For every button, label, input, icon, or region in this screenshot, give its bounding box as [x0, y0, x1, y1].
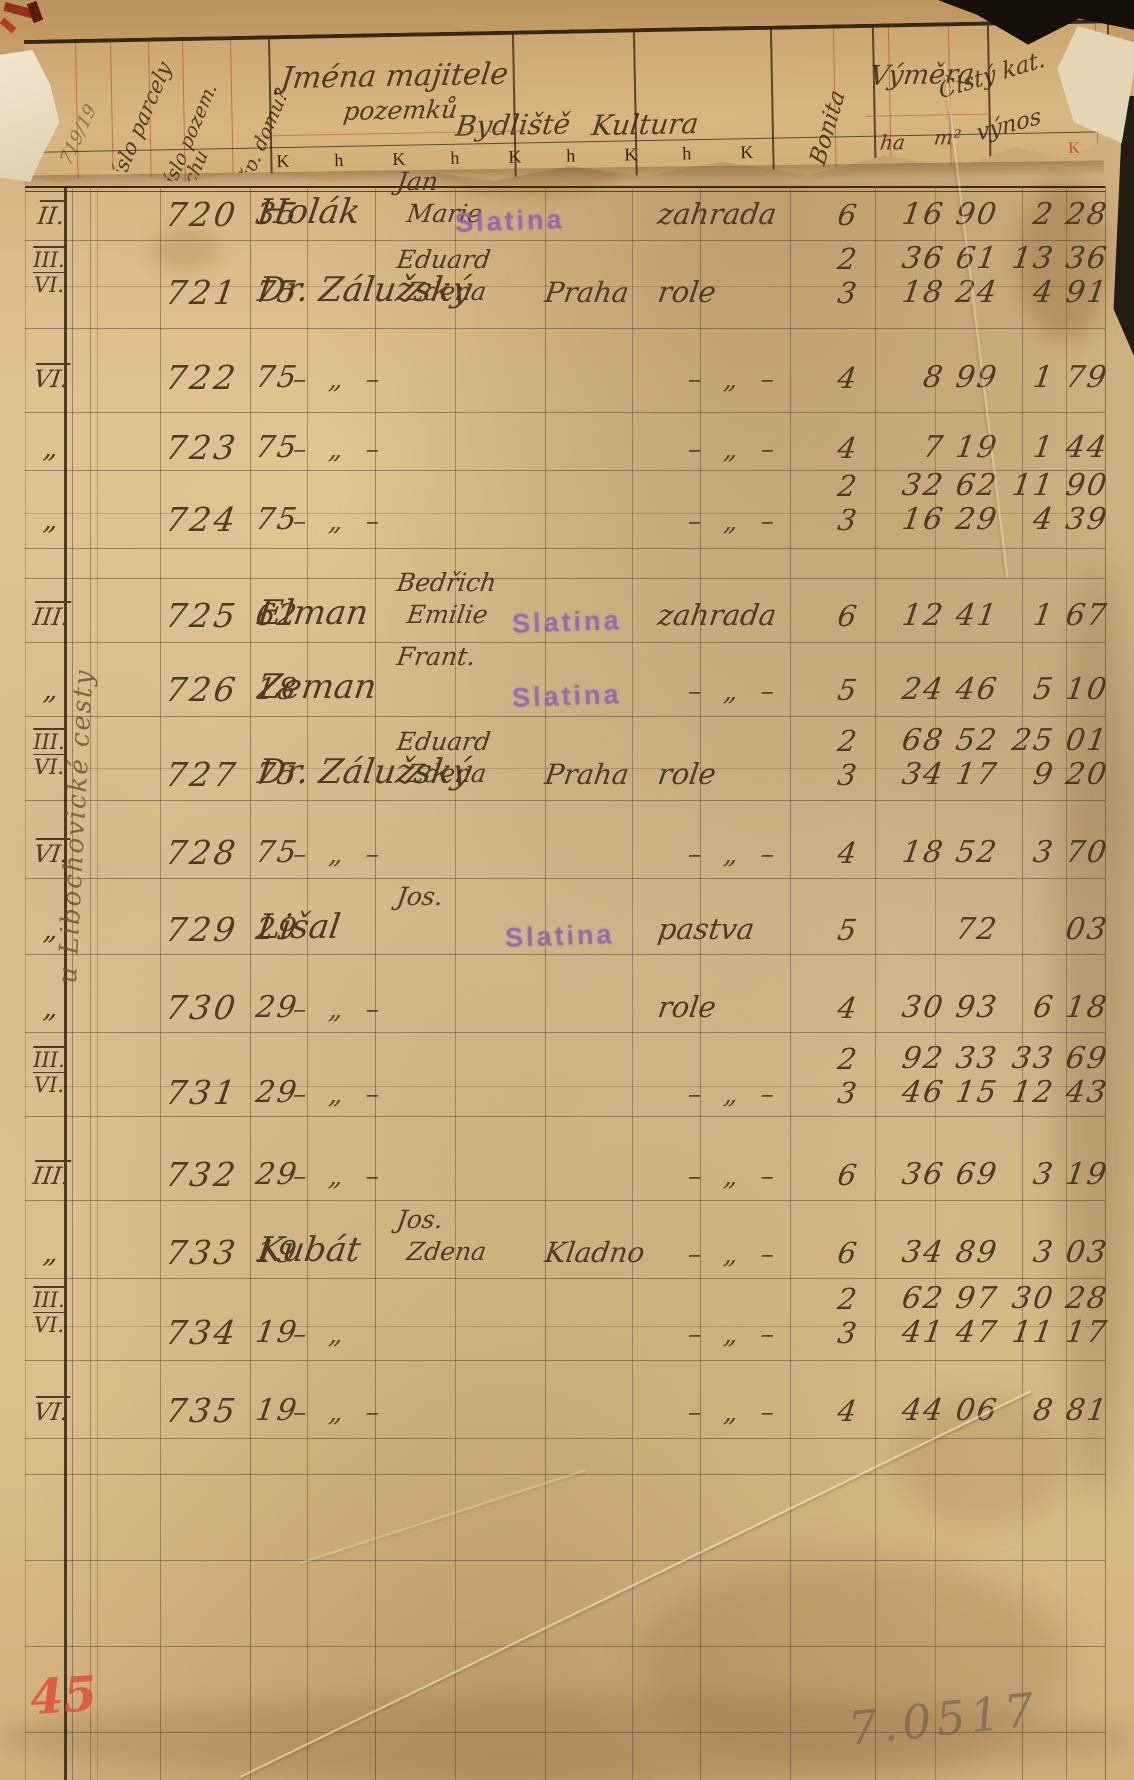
column-header-yield-currency: K [1068, 140, 1080, 158]
table-top-rule [25, 191, 1105, 192]
column-header-bonita: Bonita [808, 87, 849, 168]
yield-value: 13 36 [990, 245, 1110, 274]
bonita: 2 [820, 1286, 874, 1314]
area-value: 16 29 [878, 506, 1000, 535]
bonita: 5 [820, 917, 874, 945]
grid-vline [1105, 186, 1106, 1780]
yield-value: 11 17 [990, 1319, 1110, 1348]
bonita: 4 [820, 995, 874, 1023]
owner-first-name: Frant. [395, 645, 477, 669]
owner-name: Zeman [256, 671, 379, 703]
culture: role [656, 761, 718, 789]
parcel-number: 734 [156, 1317, 248, 1348]
bonita: 2 [820, 246, 874, 274]
bonita: 4 [820, 435, 874, 463]
owner-ditto: – „ – [291, 509, 388, 535]
culture-ditto: – „ – [686, 367, 783, 393]
parcel-number: 731 [156, 1077, 248, 1108]
bonita: 6 [820, 603, 874, 631]
column-header-owner-names: Jména majitele [279, 61, 510, 94]
grid-vline [160, 186, 161, 1780]
area-value: 36 61 [878, 245, 1000, 274]
area-value: 41 47 [878, 1319, 1000, 1348]
area-value: 7 19 [878, 434, 1000, 463]
margin-mark: III.VI. [22, 248, 76, 297]
parcel-number: 722 [156, 362, 248, 393]
owner-first-name-2: Emilie [405, 603, 489, 627]
grid-hline [25, 716, 1105, 717]
owner-ditto: – „ – [291, 367, 388, 393]
subheader-letter: K [740, 142, 753, 163]
owner-ditto: – „ – [291, 1164, 388, 1190]
grid-hline [25, 1278, 1105, 1279]
owner-name: Kubát [256, 1234, 363, 1266]
area-value: 36 69 [878, 1161, 1000, 1190]
owner-first-name-2: Zdena [405, 280, 488, 304]
grid-hline [25, 642, 1105, 643]
yield-value: 25 01 [990, 727, 1110, 756]
culture: zahrada [656, 201, 778, 229]
owner-first-name: Eduard [395, 248, 492, 272]
parcel-number: 735 [156, 1395, 248, 1426]
grid-hline [25, 878, 1105, 879]
yield-value: 03 [990, 916, 1110, 945]
owner-ditto: – „ – [291, 1082, 388, 1108]
owner-first-name: Jos. [395, 885, 444, 909]
grid-hline [25, 1360, 1105, 1361]
bonita: 3 [820, 1320, 874, 1348]
bonita: 4 [820, 840, 874, 868]
culture: role [656, 279, 718, 307]
bonita: 2 [820, 473, 874, 501]
grid-vline [375, 186, 376, 1780]
header-column-rule [987, 25, 992, 171]
area-value: 92 33 [878, 1045, 1000, 1074]
grid-vline [455, 186, 456, 1780]
yield-value: 1 79 [990, 364, 1110, 393]
parcel-number: 726 [156, 674, 248, 705]
grid-vline [790, 186, 791, 1780]
page-number: 45 [28, 1666, 99, 1727]
parcel-number: 729 [156, 914, 248, 945]
margin-mark: III. [22, 606, 79, 629]
grid-vline [250, 186, 251, 1780]
area-value: 24 46 [878, 676, 1000, 705]
subheader-letter: K [624, 144, 637, 165]
area-value: 16 90 [878, 201, 1000, 230]
area-value: 32 62 [878, 472, 1000, 501]
slatina-stamp: Slatina [454, 204, 565, 239]
owner-first-name: Eduard [395, 730, 492, 754]
area-value: 8 99 [878, 364, 1000, 393]
grid-vline [545, 186, 546, 1780]
owner-first-name-2: Zdena [405, 762, 488, 786]
margin-mark: VI. [22, 368, 79, 391]
fold-crease [300, 1469, 586, 1564]
area-value: 34 89 [878, 1239, 1000, 1268]
yield-value: 33 69 [990, 1045, 1110, 1074]
header-column-rule [770, 30, 775, 176]
parcel-number: 720 [156, 199, 248, 230]
yield-value: 12 43 [990, 1079, 1110, 1108]
subheader-letter: h [682, 143, 691, 164]
yield-value: 4 91 [990, 279, 1110, 308]
table-top-rule [25, 186, 1105, 188]
margin-mark: VI. [22, 1401, 79, 1424]
yield-value: 30 28 [990, 1285, 1110, 1314]
grid-vline [700, 186, 701, 1780]
column-header-owner-names-2: pozemků [342, 98, 459, 124]
area-value: 72 [878, 916, 1000, 945]
column-header-area-m2: m² [933, 128, 962, 148]
parcel-number: 725 [156, 600, 248, 631]
grid-vline [1022, 186, 1023, 1780]
header-scribble: 719/19 [58, 101, 99, 168]
margin-mark: III.VI. [22, 1288, 76, 1337]
owner-first-name: Jos. [395, 1208, 444, 1232]
slatina-stamp: Slatina [511, 605, 622, 640]
parcel-number: 727 [156, 759, 248, 790]
residence: Kladno [543, 1240, 646, 1267]
culture: role [656, 994, 718, 1022]
grid-hline [25, 954, 1105, 955]
subheader-letter: K [276, 151, 289, 172]
grid-vline [935, 186, 936, 1780]
grid-hline [25, 548, 1105, 549]
header-column-rule [872, 28, 877, 174]
grid-hline [25, 412, 1105, 413]
bonita: 3 [820, 1080, 874, 1108]
bonita: 6 [820, 1240, 874, 1268]
column-header-net-yield: Čistý kat. [938, 49, 1047, 103]
owner-first-name: Bedřich [395, 571, 498, 595]
owner-name: Lišal [256, 911, 343, 943]
yield-value: 6 18 [990, 994, 1110, 1023]
slatina-stamp: Slatina [511, 679, 622, 714]
owner-first-name: Jan [395, 170, 439, 194]
grid-hline [25, 578, 1105, 579]
culture-ditto: – „ – [686, 1164, 783, 1190]
grid-hline [25, 1032, 1105, 1033]
grid-hline [25, 1116, 1105, 1117]
bonita: 4 [820, 365, 874, 393]
culture-ditto: – „ – [686, 1242, 783, 1268]
grid-hline [25, 1560, 1105, 1561]
grid-hline [25, 1646, 1105, 1647]
margin-mark: III. [22, 1165, 79, 1188]
area-value: 18 24 [878, 279, 1000, 308]
parcel-number: 730 [156, 992, 248, 1023]
area-value: 62 97 [878, 1285, 1000, 1314]
subheader-letter: h [334, 150, 343, 171]
grid-vline [97, 186, 98, 1780]
area-value: 68 52 [878, 727, 1000, 756]
residence: Praha [543, 762, 630, 789]
bonita: 2 [820, 728, 874, 756]
owner-first-name-2: Zdena [405, 1240, 488, 1264]
grid-vline [25, 186, 26, 1780]
area-value: 30 93 [878, 994, 1000, 1023]
subheader-letter: K [508, 146, 521, 167]
yield-value: 9 20 [990, 761, 1110, 790]
parcel-number: 721 [156, 277, 248, 308]
grid-vline [307, 186, 308, 1780]
area-value: 44 06 [878, 1397, 1000, 1426]
yield-value: 3 19 [990, 1161, 1110, 1190]
margin-mark: „ [22, 995, 80, 1022]
slatina-stamp: Slatina [504, 919, 615, 954]
grid-hline [25, 1474, 1105, 1475]
bonita: 6 [820, 202, 874, 230]
owner-name: Elman [256, 597, 371, 629]
owner-ditto: – „ – [291, 842, 388, 868]
grid-vline [632, 186, 633, 1780]
grid-vline [1066, 186, 1067, 1780]
grid-vline [875, 186, 876, 1780]
yield-value: 3 70 [990, 839, 1110, 868]
culture-ditto: – „ – [686, 1322, 783, 1348]
parcel-number: 724 [156, 504, 248, 535]
culture-ditto: – „ – [686, 679, 783, 705]
header-column-rule [230, 40, 234, 186]
owner-name: Holák [256, 196, 362, 228]
grid-hline [25, 328, 1105, 329]
yield-value: 1 67 [990, 602, 1110, 631]
margin-mark: „ [22, 1240, 80, 1267]
subheader-letter: h [450, 148, 459, 169]
area-value: 12 41 [878, 602, 1000, 631]
grid-hline [25, 1438, 1105, 1439]
culture-ditto: – „ – [686, 1400, 783, 1426]
margin-mark: III.VI. [22, 1048, 76, 1097]
yield-value: 1 44 [990, 434, 1110, 463]
parcel-number: 733 [156, 1237, 248, 1268]
parcel-number: 732 [156, 1159, 248, 1190]
yield-value: 11 90 [990, 472, 1110, 501]
yield-value: 4 39 [990, 506, 1110, 535]
yield-value: 8 81 [990, 1397, 1110, 1426]
owner-ditto: – „ – [291, 437, 388, 463]
bonita: 6 [820, 1162, 874, 1190]
yield-value: 2 28 [990, 201, 1110, 230]
bonita: 3 [820, 762, 874, 790]
culture: pastva [656, 916, 756, 944]
culture-ditto: – „ – [686, 437, 783, 463]
culture: zahrada [656, 602, 778, 630]
yield-value: 5 10 [990, 676, 1110, 705]
culture-ditto: – „ – [686, 842, 783, 868]
bonita: 2 [820, 1046, 874, 1074]
yield-value: 3 03 [990, 1239, 1110, 1268]
owner-ditto: – „ – [291, 997, 388, 1023]
bonita: 4 [820, 1398, 874, 1426]
margin-mark: II. [22, 205, 79, 228]
area-value: 18 52 [878, 839, 1000, 868]
area-value: 34 17 [878, 761, 1000, 790]
parcel-number: 728 [156, 837, 248, 868]
subheader-letter: h [566, 145, 575, 166]
bonita: 3 [820, 280, 874, 308]
bonita: 3 [820, 507, 874, 535]
margin-mark: „ [22, 435, 80, 462]
column-header-culture: Kultura [590, 111, 700, 140]
grid-hline [25, 800, 1105, 801]
culture-ditto: – „ – [686, 1082, 783, 1108]
culture-ditto: – „ – [686, 509, 783, 535]
bonita: 5 [820, 677, 874, 705]
grid-hline [25, 1200, 1105, 1201]
owner-ditto: – „ – [291, 1400, 388, 1426]
scanned-ledger-page: Číslo 719/19 číslo parcely číslo pozem. … [0, 0, 1134, 1780]
residence: Praha [543, 280, 630, 307]
column-header-net-yield-2: výnos [976, 106, 1043, 145]
area-value: 46 15 [878, 1079, 1000, 1108]
parcel-number: 723 [156, 432, 248, 463]
header-horizontal-rule [866, 113, 989, 116]
margin-mark: „ [22, 507, 80, 534]
owner-ditto: – „ [291, 1322, 352, 1348]
